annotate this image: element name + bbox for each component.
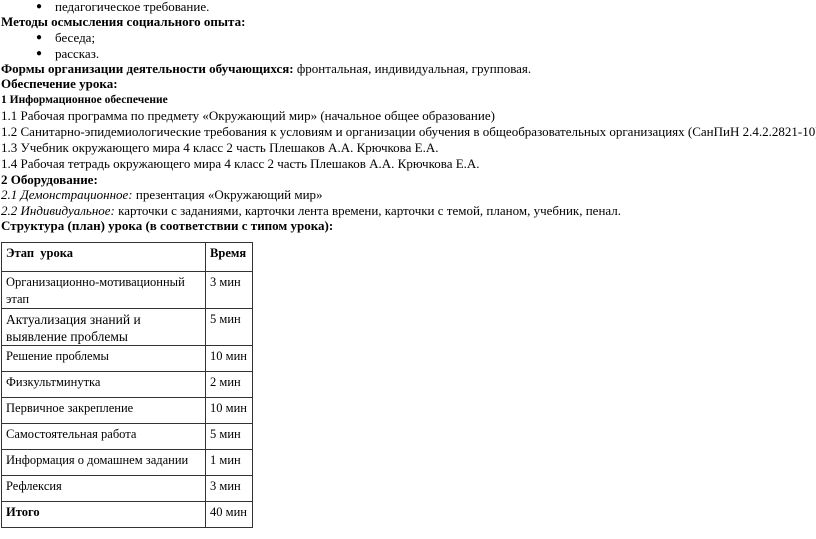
info-item: 1.1 Рабочая программа по предмету «Окруж…	[1, 108, 495, 124]
info-item: 1.3 Учебник окружающего мира 4 класс 2 ч…	[1, 140, 438, 156]
column-header-stage: Этап урока	[2, 243, 206, 272]
equipment-label: 2.2 Индивидуальное:	[1, 203, 115, 218]
table-row: Самостоятельная работа 5 мин	[2, 424, 253, 450]
time-cell: 5 мин	[206, 424, 253, 450]
structure-heading: Структура (план) урока (в соответствии с…	[1, 218, 333, 234]
provision-heading: Обеспечение урока:	[1, 76, 118, 92]
equipment-item: 2.2 Индивидуальное: карточки с заданиями…	[1, 203, 621, 219]
info-heading: 1 Информационное обеспечение	[1, 92, 168, 108]
equipment-label: 2.1 Демонстрационное:	[1, 187, 133, 202]
stage-cell: Актуализация знаний и выявление проблемы	[2, 309, 206, 346]
bullet-icon: ●	[36, 30, 44, 46]
stage-cell: Решение проблемы	[2, 346, 206, 372]
equipment-value: презентация «Окружающий мир»	[133, 187, 323, 202]
table-row: Физкультминутка 2 мин	[2, 372, 253, 398]
stage-cell: Физкультминутка	[2, 372, 206, 398]
table-row: Рефлексия 3 мин	[2, 476, 253, 502]
lesson-plan-table: Этап урока Время Организационно-мотиваци…	[1, 242, 253, 528]
forms-value: фронтальная, индивидуальная, групповая.	[294, 61, 532, 76]
total-time: 40 мин	[206, 502, 253, 528]
equipment-heading: 2 Оборудование:	[1, 172, 98, 188]
info-item: 1.2 Санитарно-эпидемиологические требова…	[1, 124, 816, 140]
stage-cell: Рефлексия	[2, 476, 206, 502]
table-row: Организационно-мотивационный этап 3 мин	[2, 272, 253, 309]
time-cell: 10 мин	[206, 398, 253, 424]
intro-bullet-text: педагогическое требование.	[55, 0, 209, 15]
table-row: Первичное закрепление 10 мин	[2, 398, 253, 424]
table-header-row: Этап урока Время	[2, 243, 253, 272]
methods-item: беседа;	[55, 30, 95, 46]
column-header-time: Время	[206, 243, 253, 272]
info-item: 1.4 Рабочая тетрадь окружающего мира 4 к…	[1, 156, 480, 172]
bullet-icon: ●	[36, 46, 44, 62]
table-row: Решение проблемы 10 мин	[2, 346, 253, 372]
total-label: Итого	[2, 502, 206, 528]
time-cell: 10 мин	[206, 346, 253, 372]
table-total-row: Итого 40 мин	[2, 502, 253, 528]
stage-cell: Организационно-мотивационный этап	[2, 272, 206, 309]
time-cell: 1 мин	[206, 450, 253, 476]
equipment-value: карточки с заданиями, карточки лента вре…	[115, 203, 621, 218]
time-cell: 2 мин	[206, 372, 253, 398]
time-cell: 3 мин	[206, 272, 253, 309]
forms-line: Формы организации деятельности обучающих…	[1, 61, 531, 77]
methods-item: рассказ.	[55, 46, 99, 62]
methods-heading: Методы осмысления социального опыта:	[1, 14, 245, 30]
time-cell: 3 мин	[206, 476, 253, 502]
time-cell: 5 мин	[206, 309, 253, 346]
table-row: Информация о домашнем задании 1 мин	[2, 450, 253, 476]
stage-cell: Первичное закрепление	[2, 398, 206, 424]
table-row: Актуализация знаний и выявление проблемы…	[2, 309, 253, 346]
forms-label: Формы организации деятельности обучающих…	[1, 61, 294, 76]
equipment-item: 2.1 Демонстрационное: презентация «Окруж…	[1, 187, 323, 203]
stage-cell: Информация о домашнем задании	[2, 450, 206, 476]
bullet-icon: ●	[36, 0, 44, 15]
stage-cell: Самостоятельная работа	[2, 424, 206, 450]
